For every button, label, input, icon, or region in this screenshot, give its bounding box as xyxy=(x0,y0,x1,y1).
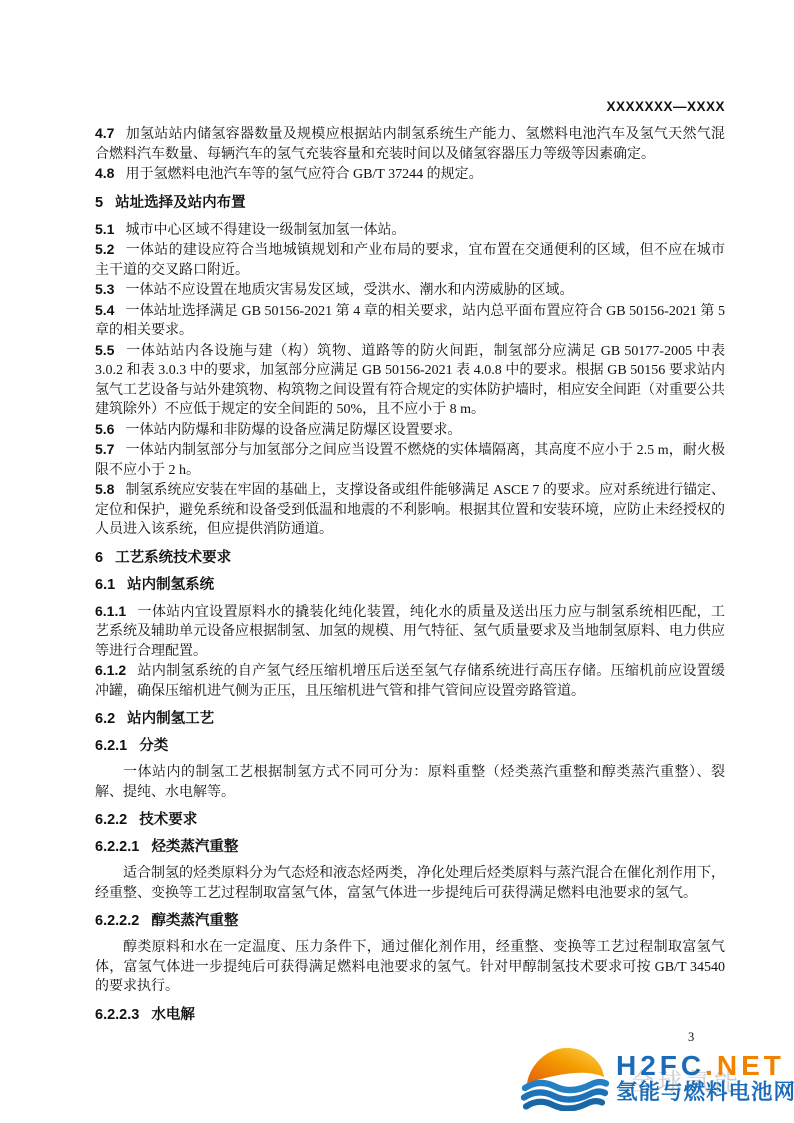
clause-text: 城市中心区域不得建设一级制氢加氢一体站。 xyxy=(125,223,405,238)
clause-5-6: 5.6一体站内防爆和非防爆的设备应满足防爆区设置要求。 xyxy=(95,420,725,441)
heading-title: 技术要求 xyxy=(139,812,197,828)
clause-text: 用于氢燃料电池汽车等的氢气应符合 GB/T 37244 的规定。 xyxy=(125,167,482,182)
clause-6-1-2: 6.1.2站内制氢系统的自产氢气经压缩机增压后送至氢气存储系统进行高压存储。压缩… xyxy=(95,661,725,701)
heading-title: 站内制氢系统 xyxy=(127,577,214,593)
section-6-1-heading: 6.1站内制氢系统 xyxy=(95,577,725,594)
heading-number: 6.2.2 xyxy=(95,812,127,828)
para-6-2-2-1: 适合制氢的烃类原料分为气态烃和液态烃两类，净化处理后烃类原料与蒸汽混合在催化剂作… xyxy=(95,864,725,903)
clause-4-7: 4.7加氢站站内储氢容器数量及规模应根据站内制氢系统生产能力、氢燃料电池汽车及氢… xyxy=(95,124,725,164)
page-number: 3 xyxy=(688,1030,694,1044)
clause-number: 6.1.2 xyxy=(95,662,126,678)
section-6-2-2-2-heading: 6.2.2.2醇类蒸汽重整 xyxy=(95,913,725,930)
clause-text: 一体站内制氢部分与加氢部分之间应当设置不燃烧的实体墙隔离，其高度不应小于 2.5… xyxy=(95,443,725,478)
para-6-2-2-2: 醇类原料和水在一定温度、压力条件下，通过催化剂作用，经重整、变换等工艺过程制取富… xyxy=(95,938,725,997)
heading-title: 烃类蒸汽重整 xyxy=(151,839,238,855)
clause-text: 一体站内防爆和非防爆的设备应满足防爆区设置要求。 xyxy=(125,423,461,438)
section-6-2-2-3-heading: 6.2.2.3水电解 xyxy=(95,1007,725,1024)
logo-subtitle: 氢能与燃料电池网 xyxy=(616,1080,794,1105)
heading-title: 水电解 xyxy=(151,1007,195,1023)
clause-number: 5.4 xyxy=(95,302,114,318)
sun-wave-logo-icon xyxy=(518,1044,612,1116)
heading-title: 站内制氢工艺 xyxy=(127,711,214,727)
logo-title: H2FC.NET xyxy=(616,1052,794,1080)
clause-number: 4.8 xyxy=(95,165,114,181)
section-6-2-2-1-heading: 6.2.2.1烃类蒸汽重整 xyxy=(95,839,725,856)
section-5-heading: 5站址选择及站内布置 xyxy=(95,195,725,212)
clause-text: 加氢站站内储氢容器数量及规模应根据站内制氢系统生产能力、氢燃料电池汽车及氢气天然… xyxy=(95,127,725,162)
heading-title: 站址选择及站内布置 xyxy=(115,195,246,211)
section-6-2-1-heading: 6.2.1分类 xyxy=(95,738,725,755)
clause-4-8: 4.8用于氢燃料电池汽车等的氢气应符合 GB/T 37244 的规定。 xyxy=(95,164,725,185)
clause-number: 5.3 xyxy=(95,281,114,297)
clause-number: 4.7 xyxy=(95,125,114,141)
logo-title-h2fc: H2FC xyxy=(616,1050,705,1081)
clause-number: 6.1.1 xyxy=(95,603,126,619)
clause-5-8: 5.8制氢系统应安装在牢固的基础上，支撑设备或组件能够满足 ASCE 7 的要求… xyxy=(95,480,725,540)
section-6-heading: 6工艺系统技术要求 xyxy=(95,550,725,567)
document-content: XXXXXXX—XXXX 4.7加氢站站内储氢容器数量及规模应根据站内制氢系统生… xyxy=(95,99,725,1032)
logo-title-net: .NET xyxy=(705,1050,785,1081)
section-6-2-2-heading: 6.2.2技术要求 xyxy=(95,812,725,829)
clause-number: 5.6 xyxy=(95,421,114,437)
clause-text: 站内制氢系统的自产氢气经压缩机增压后送至氢气存储系统进行高压存储。压缩机前应设置… xyxy=(95,664,725,699)
clause-6-1-1: 6.1.1一体站内宜设置原料水的撬装化纯化装置，纯化水的质量及送出压力应与制氢系… xyxy=(95,602,725,662)
clause-5-4: 5.4一体站址选择满足 GB 50156-2021 第 4 章的相关要求，站内总… xyxy=(95,301,725,341)
clause-number: 5.1 xyxy=(95,221,114,237)
clause-number: 5.2 xyxy=(95,241,114,257)
clause-text: 一体站的建设应符合当地城镇规划和产业布局的要求，宜布置在交通便利的区域，但不应在… xyxy=(95,243,725,278)
h2fc-logo: H2FC.NET 氢能与燃料电池网 xyxy=(518,1044,794,1116)
heading-number: 6.2.2.2 xyxy=(95,913,139,929)
clause-5-1: 5.1城市中心区域不得建设一级制氢加氢一体站。 xyxy=(95,220,725,241)
logo-text: H2FC.NET 氢能与燃料电池网 xyxy=(616,1052,794,1105)
clause-number: 5.5 xyxy=(95,342,114,358)
heading-number: 6 xyxy=(95,550,103,566)
heading-title: 分类 xyxy=(139,738,168,754)
para-6-2-1: 一体站内的制氢工艺根据制氢方式不同可分为：原料重整（烃类蒸汽重整和醇类蒸汽重整）… xyxy=(95,763,725,802)
clause-5-3: 5.3一体站不应设置在地质灾害易发区域，受洪水、潮水和内涝威胁的区域。 xyxy=(95,280,725,301)
heading-number: 6.2.2.1 xyxy=(95,839,139,855)
document-page: XXXXXXX—XXXX 4.7加氢站站内储氢容器数量及规模应根据站内制氢系统生… xyxy=(0,0,794,1123)
heading-number: 6.1 xyxy=(95,577,115,593)
clause-text: 一体站站内各设施与建（构）筑物、道路等的防火间距，制氢部分应满足 GB 5017… xyxy=(95,344,725,418)
heading-number: 5 xyxy=(95,195,103,211)
clause-number: 5.7 xyxy=(95,441,114,457)
clause-text: 一体站内宜设置原料水的撬装化纯化装置，纯化水的质量及送出压力应与制氢系统相匹配，… xyxy=(95,605,725,659)
clause-text: 一体站址选择满足 GB 50156-2021 第 4 章的相关要求，站内总平面布… xyxy=(95,304,725,339)
clause-text: 制氢系统应安装在牢固的基础上，支撑设备或组件能够满足 ASCE 7 的要求。应对… xyxy=(95,483,725,537)
header-reference-number: XXXXXXX—XXXX xyxy=(95,99,725,114)
section-6-2-heading: 6.2站内制氢工艺 xyxy=(95,711,725,728)
clause-5-5: 5.5一体站站内各设施与建（构）筑物、道路等的防火间距，制氢部分应满足 GB 5… xyxy=(95,341,725,420)
heading-number: 6.2.1 xyxy=(95,738,127,754)
heading-title: 醇类蒸汽重整 xyxy=(151,913,238,929)
clause-text: 一体站不应设置在地质灾害易发区域，受洪水、潮水和内涝威胁的区域。 xyxy=(125,283,573,298)
clause-5-7: 5.7一体站内制氢部分与加氢部分之间应当设置不燃烧的实体墙隔离，其高度不应小于 … xyxy=(95,440,725,480)
clause-number: 5.8 xyxy=(95,481,114,497)
heading-number: 6.2 xyxy=(95,711,115,727)
heading-title: 工艺系统技术要求 xyxy=(115,550,231,566)
clause-5-2: 5.2一体站的建设应符合当地城镇规划和产业布局的要求，宜布置在交通便利的区域，但… xyxy=(95,240,725,280)
heading-number: 6.2.2.3 xyxy=(95,1007,139,1023)
